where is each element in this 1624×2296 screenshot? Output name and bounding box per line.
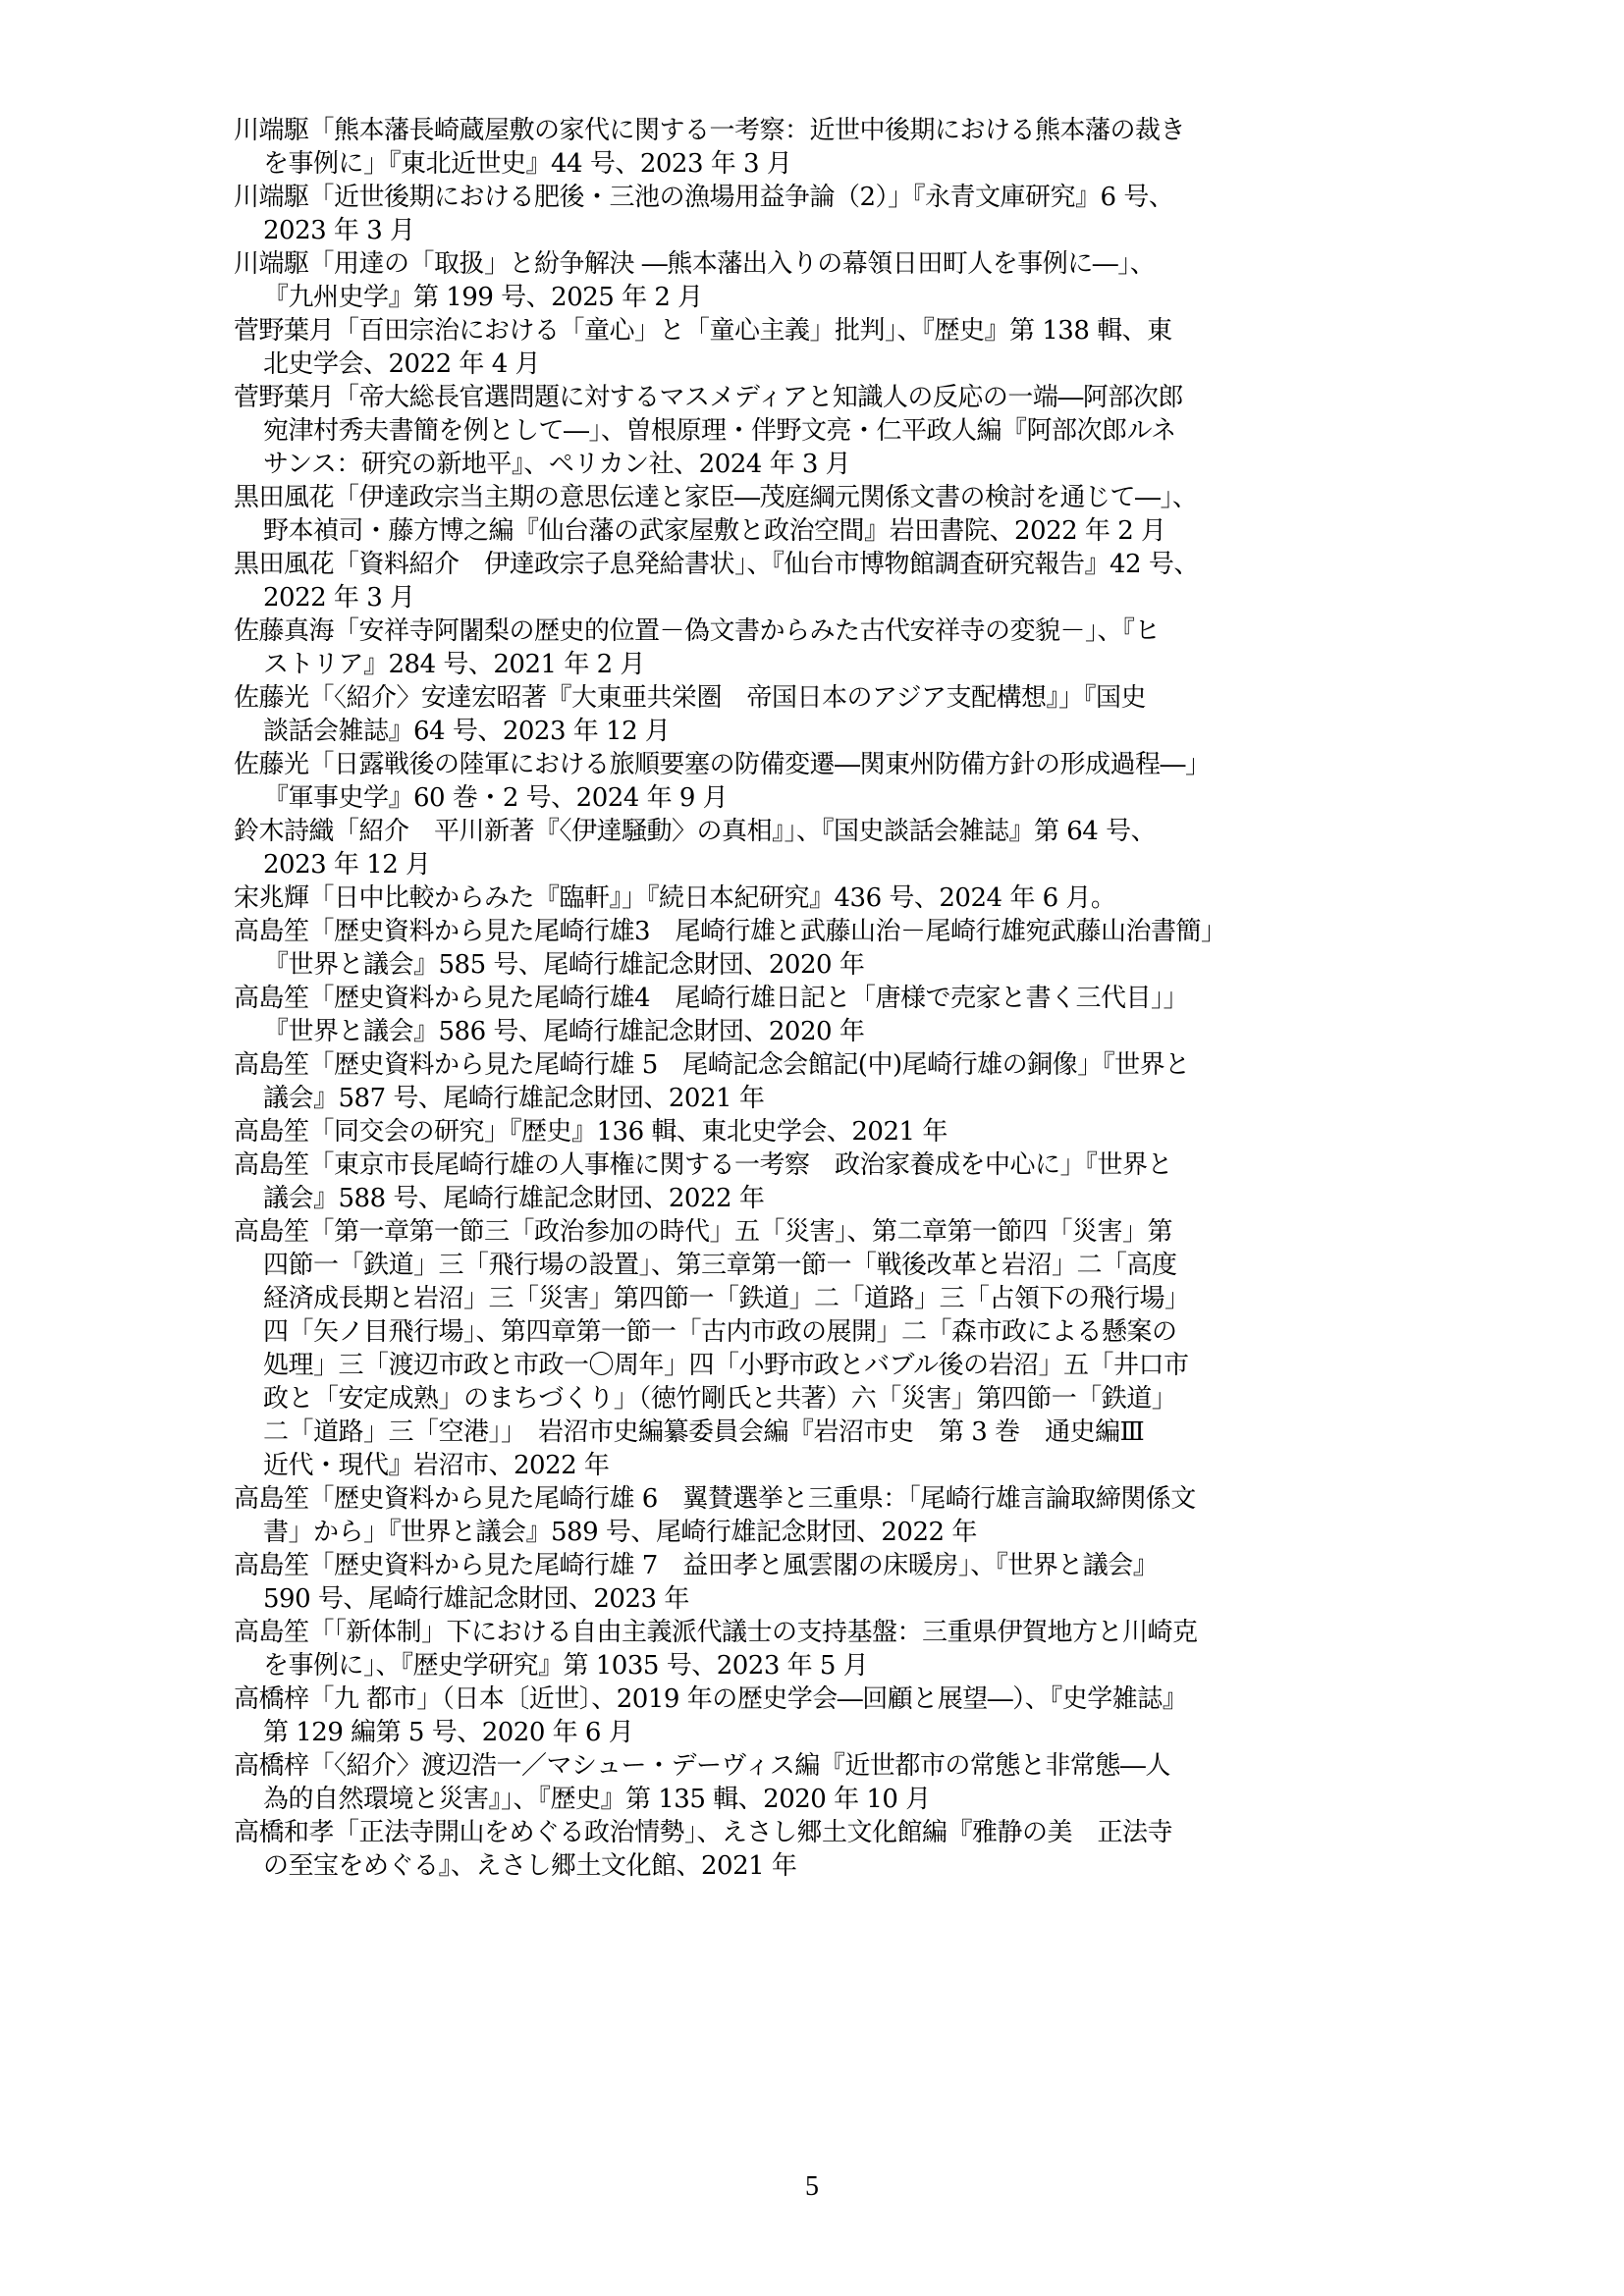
entry-continuation-line: 四節一「鉄道」三「飛行場の設置」、第三章第一節一「戦後改革と岩沼」二「高度 — [234, 1249, 1402, 1282]
entry-first-line: 高島笙「第一章第一節三「政治参加の時代」五「災害」、第二章第一節四「災害」第 — [234, 1215, 1402, 1249]
bibliography-entry: 高島笙「同交会の研究」『歴史』136 輯、東北史学会、2021 年 — [234, 1115, 1402, 1148]
entry-continuation-line: 近代・現代』岩沼市、2022 年 — [234, 1449, 1402, 1482]
bibliography-entry: 高島笙「東京市長尾崎行雄の人事権に関する一考察 政治家養成を中心に」『世界と議会… — [234, 1148, 1402, 1215]
entry-first-line: 高橋梓「九 都市」（日本〔近世〕、2019 年の歴史学会―回顧と展望―）、『史学… — [234, 1682, 1402, 1716]
bibliography-entry: 鈴木詩織「紹介 平川新著『〈伊達騒動〉の真相』」、『国史談話会雑誌』第 64 号… — [234, 815, 1402, 881]
entry-continuation-line: 2022 年 3 月 — [234, 581, 1402, 614]
entry-first-line: 川端駆「熊本藩長崎蔵屋敷の家代に関する一考察：近世中後期における熊本藩の裁き — [234, 114, 1402, 147]
bibliography-entry: 高島笙「歴史資料から見た尾崎行雄 7 益田孝と風雲閣の床暖房」、『世界と議会』5… — [234, 1549, 1402, 1616]
entry-first-line: 佐藤真海「安祥寺阿闍梨の歴史的位置－偽文書からみた古代安祥寺の変貌－」、『ヒ — [234, 614, 1402, 648]
entry-first-line: 高島笙「歴史資料から見た尾崎行雄4 尾崎行雄日記と「唐様で売家と書く三代目」」 — [234, 982, 1402, 1015]
bibliography-entry: 高島笙「歴史資料から見た尾崎行雄3 尾崎行雄と武藤山治－尾崎行雄宛武藤山治書簡」… — [234, 915, 1402, 982]
entry-first-line: 宋兆輝「日中比較からみた『臨軒』」『続日本紀研究』436 号、2024 年 6 … — [234, 881, 1402, 915]
bibliography-entry: 高島笙「第一章第一節三「政治参加の時代」五「災害」、第二章第一節四「災害」第四節… — [234, 1215, 1402, 1482]
entry-first-line: 高島笙「「新体制」下における自由主義派代議士の支持基盤：三重県伊賀地方と川崎克 — [234, 1616, 1402, 1649]
bibliography-entry: 菅野葉月「百田宗治における「童心」と「童心主義」批判」、『歴史』第 138 輯、… — [234, 314, 1402, 381]
bibliography-entry: 川端駆「用達の「取扱」と紛争解決 ―熊本藩出入りの幕領日田町人を事例に―」、『九… — [234, 247, 1402, 314]
bibliography-entry: 高橋和孝「正法寺開山をめぐる政治情勢」、えさし郷土文化館編『雅静の美 正法寺の至… — [234, 1816, 1402, 1883]
entry-continuation-line: 『世界と議会』585 号、尾崎行雄記念財団、2020 年 — [234, 948, 1402, 982]
entry-first-line: 鈴木詩織「紹介 平川新著『〈伊達騒動〉の真相』」、『国史談話会雑誌』第 64 号… — [234, 815, 1402, 848]
entry-continuation-line: 議会』587 号、尾崎行雄記念財団、2021 年 — [234, 1082, 1402, 1115]
entry-first-line: 高島笙「東京市長尾崎行雄の人事権に関する一考察 政治家養成を中心に」『世界と — [234, 1148, 1402, 1182]
bibliography-entry: 佐藤真海「安祥寺阿闍梨の歴史的位置－偽文書からみた古代安祥寺の変貌－」、『ヒスト… — [234, 614, 1402, 681]
entry-continuation-line: 『軍事史学』60 巻・2 号、2024 年 9 月 — [234, 781, 1402, 815]
entry-first-line: 川端駆「近世後期における肥後・三池の漁場用益争論（2）」『永青文庫研究』6 号、 — [234, 181, 1402, 214]
entry-first-line: 川端駆「用達の「取扱」と紛争解決 ―熊本藩出入りの幕領日田町人を事例に―」、 — [234, 247, 1402, 281]
bibliography-entry: 高島笙「歴史資料から見た尾崎行雄 6 翼賛選挙と三重県：「尾崎行雄言論取締関係文… — [234, 1482, 1402, 1549]
bibliography-entry: 川端駆「近世後期における肥後・三池の漁場用益争論（2）」『永青文庫研究』6 号、… — [234, 181, 1402, 247]
entry-continuation-line: 2023 年 12 月 — [234, 848, 1402, 881]
bibliography-entry: 黒田風花「資料紹介 伊達政宗子息発給書状」、『仙台市博物館調査研究報告』42 号… — [234, 548, 1402, 614]
entry-continuation-line: 二「道路」三「空港」」 岩沼市史編纂委員会編『岩沼市史 第 3 巻 通史編Ⅲ — [234, 1415, 1402, 1449]
entry-continuation-line: 『世界と議会』586 号、尾崎行雄記念財団、2020 年 — [234, 1015, 1402, 1048]
bibliography-entry: 佐藤光「日露戦後の陸軍における旅順要塞の防備変遷―関東州防備方針の形成過程―」『… — [234, 748, 1402, 815]
entry-first-line: 菅野葉月「帝大総長官選問題に対するマスメディアと知識人の反応の一端―阿部次郎 — [234, 381, 1402, 414]
entry-first-line: 高橋和孝「正法寺開山をめぐる政治情勢」、えさし郷土文化館編『雅静の美 正法寺 — [234, 1816, 1402, 1849]
entry-first-line: 高島笙「歴史資料から見た尾崎行雄3 尾崎行雄と武藤山治－尾崎行雄宛武藤山治書簡」 — [234, 915, 1402, 948]
entry-first-line: 菅野葉月「百田宗治における「童心」と「童心主義」批判」、『歴史』第 138 輯、… — [234, 314, 1402, 347]
entry-continuation-line: 政と「安定成熟」のまちづくり」（徳竹剛氏と共著）六「災害」第四節一「鉄道」 — [234, 1382, 1402, 1415]
entry-first-line: 高島笙「歴史資料から見た尾崎行雄 7 益田孝と風雲閣の床暖房」、『世界と議会』 — [234, 1549, 1402, 1582]
entry-first-line: 黒田風花「伊達政宗当主期の意思伝達と家臣―茂庭綱元関係文書の検討を通じて―」、 — [234, 481, 1402, 514]
entry-continuation-line: を事例に」『東北近世史』44 号、2023 年 3 月 — [234, 147, 1402, 181]
entry-continuation-line: を事例に」、『歴史学研究』第 1035 号、2023 年 5 月 — [234, 1649, 1402, 1682]
entry-first-line: 高島笙「歴史資料から見た尾崎行雄 5 尾崎記念会館記(中)尾崎行雄の銅像」『世界… — [234, 1048, 1402, 1082]
entry-continuation-line: 四「矢ノ目飛行場」、第四章第一節一「古内市政の展開」二「森市政による懸案の — [234, 1315, 1402, 1349]
entry-first-line: 佐藤光「日露戦後の陸軍における旅順要塞の防備変遷―関東州防備方針の形成過程―」 — [234, 748, 1402, 781]
bibliography-entry: 高橋梓「九 都市」（日本〔近世〕、2019 年の歴史学会―回顧と展望―）、『史学… — [234, 1682, 1402, 1749]
bibliography-entry: 高島笙「「新体制」下における自由主義派代議士の支持基盤：三重県伊賀地方と川崎克を… — [234, 1616, 1402, 1682]
entry-continuation-line: 宛津村秀夫書簡を例として―」、曽根原理・伴野文亮・仁平政人編『阿部次郎ルネ — [234, 414, 1402, 448]
entry-continuation-line: 議会』588 号、尾崎行雄記念財団、2022 年 — [234, 1182, 1402, 1215]
entry-continuation-line: 北史学会、2022 年 4 月 — [234, 347, 1402, 381]
entry-continuation-line: 為的自然環境と災害』」、『歴史』第 135 輯、2020 年 10 月 — [234, 1783, 1402, 1816]
entry-continuation-line: 処理」三「渡辺市政と市政一〇周年」四「小野市政とバブル後の岩沼」五「井口市 — [234, 1349, 1402, 1382]
entry-continuation-line: 談話会雑誌』64 号、2023 年 12 月 — [234, 715, 1402, 748]
entry-continuation-line: 『九州史学』第 199 号、2025 年 2 月 — [234, 281, 1402, 314]
bibliography-entry: 高島笙「歴史資料から見た尾崎行雄4 尾崎行雄日記と「唐様で売家と書く三代目」」『… — [234, 982, 1402, 1048]
bibliography-entry: 高橋梓「〈紹介〉渡辺浩一／マシュー・デーヴィス編『近世都市の常態と非常態―人為的… — [234, 1749, 1402, 1816]
bibliography-entry: 川端駆「熊本藩長崎蔵屋敷の家代に関する一考察：近世中後期における熊本藩の裁きを事… — [234, 114, 1402, 181]
entry-first-line: 高橋梓「〈紹介〉渡辺浩一／マシュー・デーヴィス編『近世都市の常態と非常態―人 — [234, 1749, 1402, 1783]
page-number: 5 — [0, 2171, 1624, 2203]
bibliography-entry: 宋兆輝「日中比較からみた『臨軒』」『続日本紀研究』436 号、2024 年 6 … — [234, 881, 1402, 915]
entry-first-line: 高島笙「同交会の研究」『歴史』136 輯、東北史学会、2021 年 — [234, 1115, 1402, 1148]
entry-first-line: 黒田風花「資料紹介 伊達政宗子息発給書状」、『仙台市博物館調査研究報告』42 号… — [234, 548, 1402, 581]
document-page: 川端駆「熊本藩長崎蔵屋敷の家代に関する一考察：近世中後期における熊本藩の裁きを事… — [0, 0, 1624, 2296]
bibliography-entry: 菅野葉月「帝大総長官選問題に対するマスメディアと知識人の反応の一端―阿部次郎宛津… — [234, 381, 1402, 481]
entry-continuation-line: 2023 年 3 月 — [234, 214, 1402, 247]
entry-continuation-line: ストリア』284 号、2021 年 2 月 — [234, 648, 1402, 681]
entry-continuation-line: 野本禎司・藤方博之編『仙台藩の武家屋敷と政治空間』岩田書院、2022 年 2 月 — [234, 514, 1402, 548]
bibliography-entry: 佐藤光「〈紹介〉安達宏昭著『大東亜共栄圏 帝国日本のアジア支配構想』」『国史談話… — [234, 681, 1402, 748]
entry-first-line: 高島笙「歴史資料から見た尾崎行雄 6 翼賛選挙と三重県：「尾崎行雄言論取締関係文 — [234, 1482, 1402, 1516]
bibliography-entry: 高島笙「歴史資料から見た尾崎行雄 5 尾崎記念会館記(中)尾崎行雄の銅像」『世界… — [234, 1048, 1402, 1115]
bibliography-entry: 黒田風花「伊達政宗当主期の意思伝達と家臣―茂庭綱元関係文書の検討を通じて―」、野… — [234, 481, 1402, 548]
entry-continuation-line: 590 号、尾崎行雄記念財団、2023 年 — [234, 1582, 1402, 1616]
entry-continuation-line: の至宝をめぐる』、えさし郷土文化館、2021 年 — [234, 1849, 1402, 1883]
entry-continuation-line: 第 129 編第 5 号、2020 年 6 月 — [234, 1716, 1402, 1749]
entry-continuation-line: 経済成長期と岩沼」三「災害」第四節一「鉄道」二「道路」三「占領下の飛行場」 — [234, 1282, 1402, 1315]
entry-continuation-line: サンス：研究の新地平』、ペリカン社、2024 年 3 月 — [234, 448, 1402, 481]
entry-continuation-line: 書」から」『世界と議会』589 号、尾崎行雄記念財団、2022 年 — [234, 1516, 1402, 1549]
bibliography-list: 川端駆「熊本藩長崎蔵屋敷の家代に関する一考察：近世中後期における熊本藩の裁きを事… — [234, 114, 1402, 1883]
entry-first-line: 佐藤光「〈紹介〉安達宏昭著『大東亜共栄圏 帝国日本のアジア支配構想』」『国史 — [234, 681, 1402, 715]
